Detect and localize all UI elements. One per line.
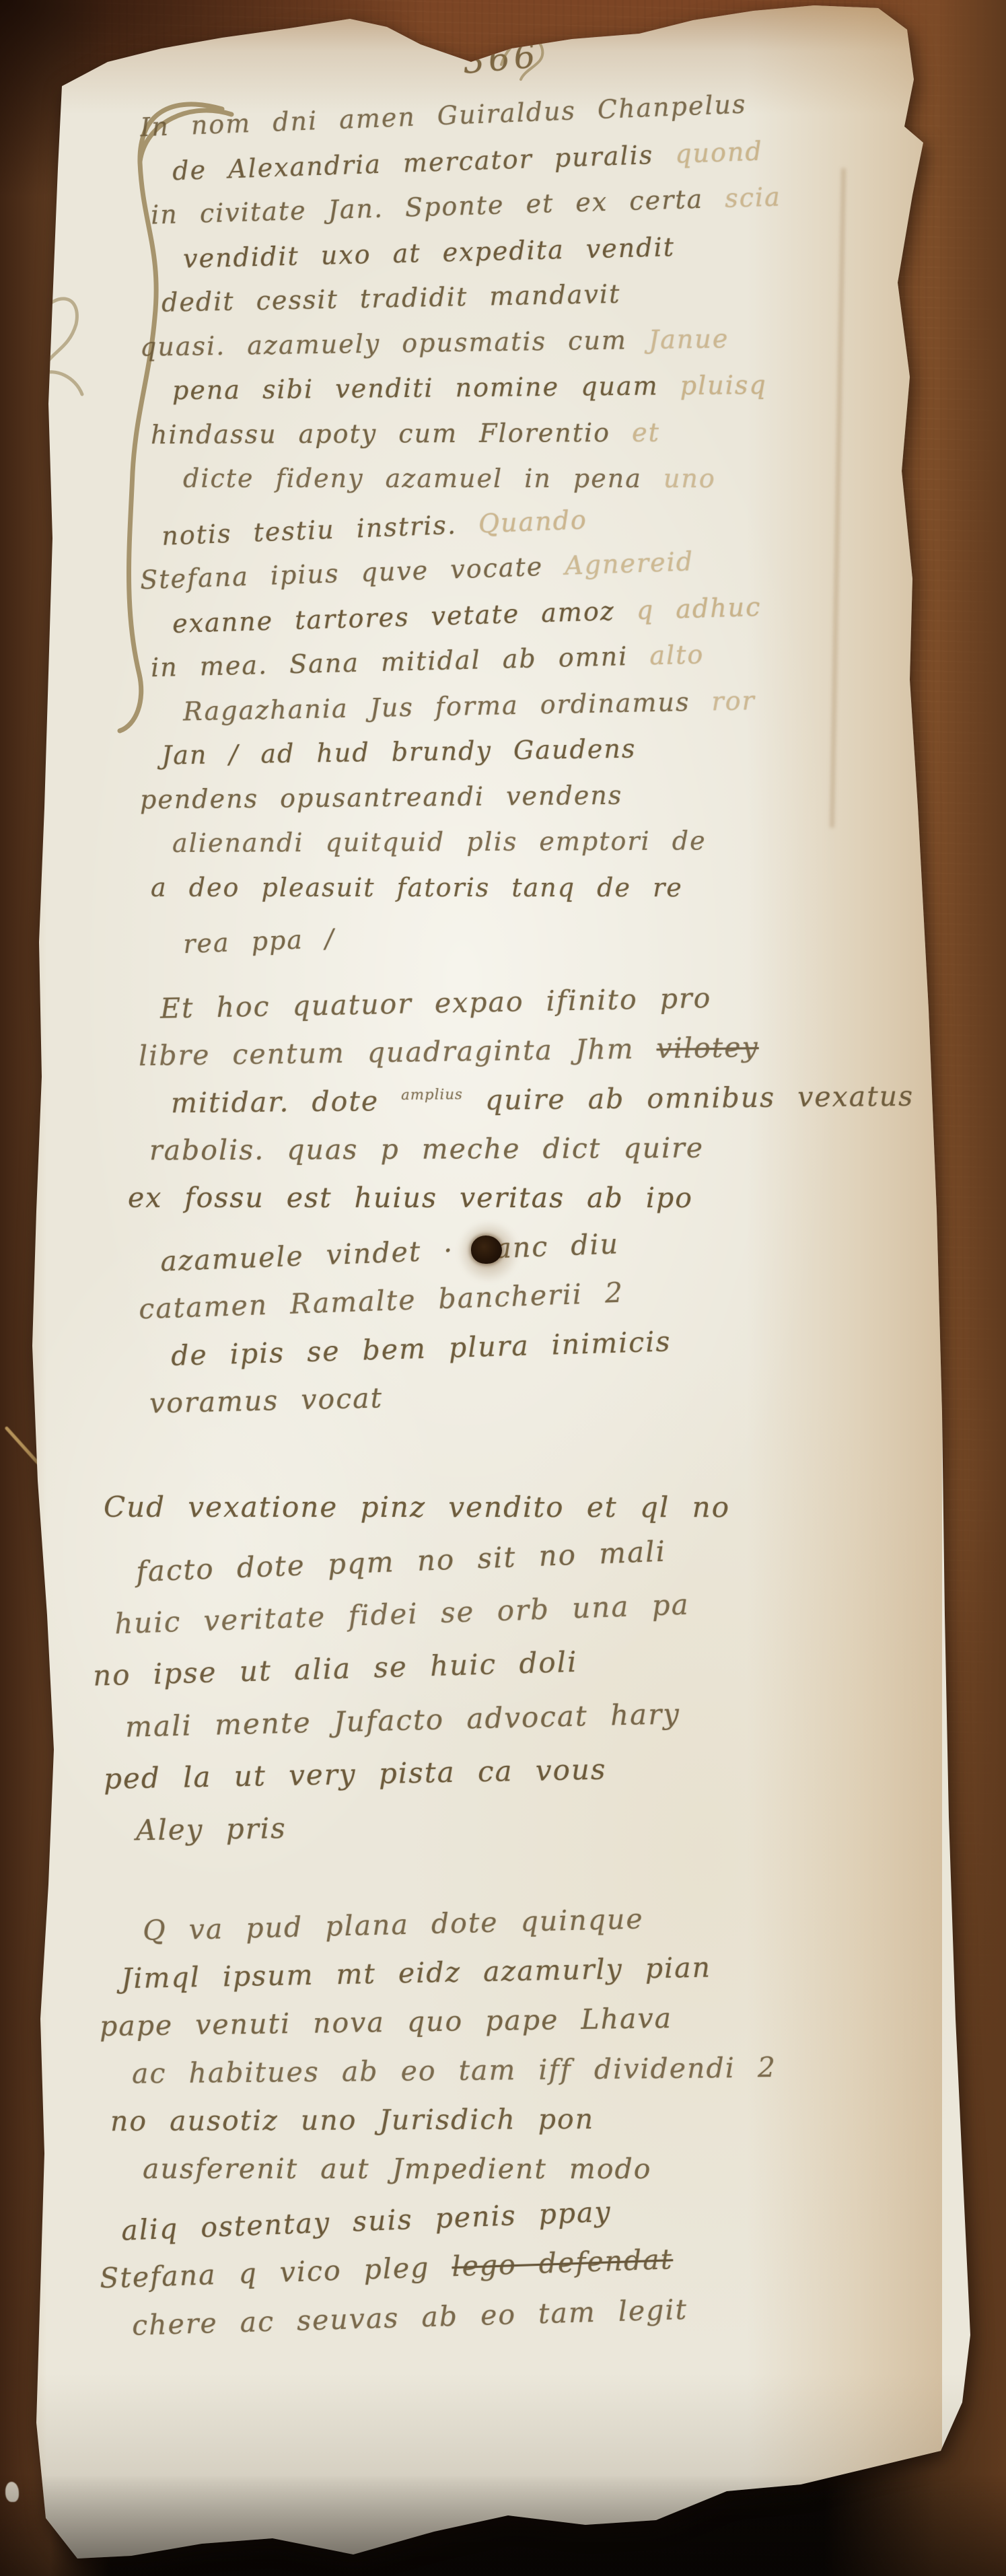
paragraph: In nom dni amen Guiraldus Chanpelusde Al… (140, 93, 781, 956)
paragraph: Cud vexatione pinz vendito et ql nofacto… (93, 1480, 730, 1853)
manuscript-line: rabolis. quas p meche dict quire (149, 1122, 914, 1175)
manuscript-line: hindassu apoty cum Florentio et (151, 409, 781, 458)
paper-shadow-wrap: 366 In nom dni amen Guiraldus Chanpelusd… (0, 0, 1006, 2576)
paragraph: Et hoc quatuor expao ifinito prolibre ce… (128, 977, 914, 1419)
manuscript-line: mitidar. dote amplius quire ab omnibus v… (171, 1072, 914, 1128)
manuscript-line: Jan / ad hud brundy Gaudens (161, 724, 782, 779)
photo-scene: 366 In nom dni amen Guiraldus Chanpelusd… (0, 0, 1006, 2576)
manuscript-line: no ausotiz uno Jurisdich pon (110, 2094, 777, 2146)
manuscript-line: pendens opusantreandi vendens (140, 771, 782, 822)
manuscript-line: ac habitues ab eo tam iff dividendi 2 (132, 2043, 777, 2098)
manuscript-line: pena sibi venditi nomine quam pluisq (172, 363, 782, 414)
manuscript-line: quasi. azamuely opusmatis cum Janue (140, 316, 782, 370)
manuscript-line: libre centum quadraginta Jhm vilotey (139, 1021, 914, 1081)
manuscript-line: pape venuti nova quo pape Lhava (100, 1993, 777, 2051)
manuscript-line: Aley pris (135, 1795, 730, 1857)
manuscript-line: ped la ut very pista ca vous (103, 1740, 730, 1805)
paragraph: Q va pud plana dote quinqueJimql ipsum m… (100, 1899, 777, 2341)
manuscript-text: In nom dni amen Guiraldus Chanpelusde Al… (0, 0, 1006, 2576)
manuscript-sheet: 366 In nom dni amen Guiraldus Chanpelusd… (0, 0, 1006, 2576)
wormhole (471, 1236, 502, 1264)
manuscript-line: alienandi quitquid plis emptori de (172, 818, 781, 867)
